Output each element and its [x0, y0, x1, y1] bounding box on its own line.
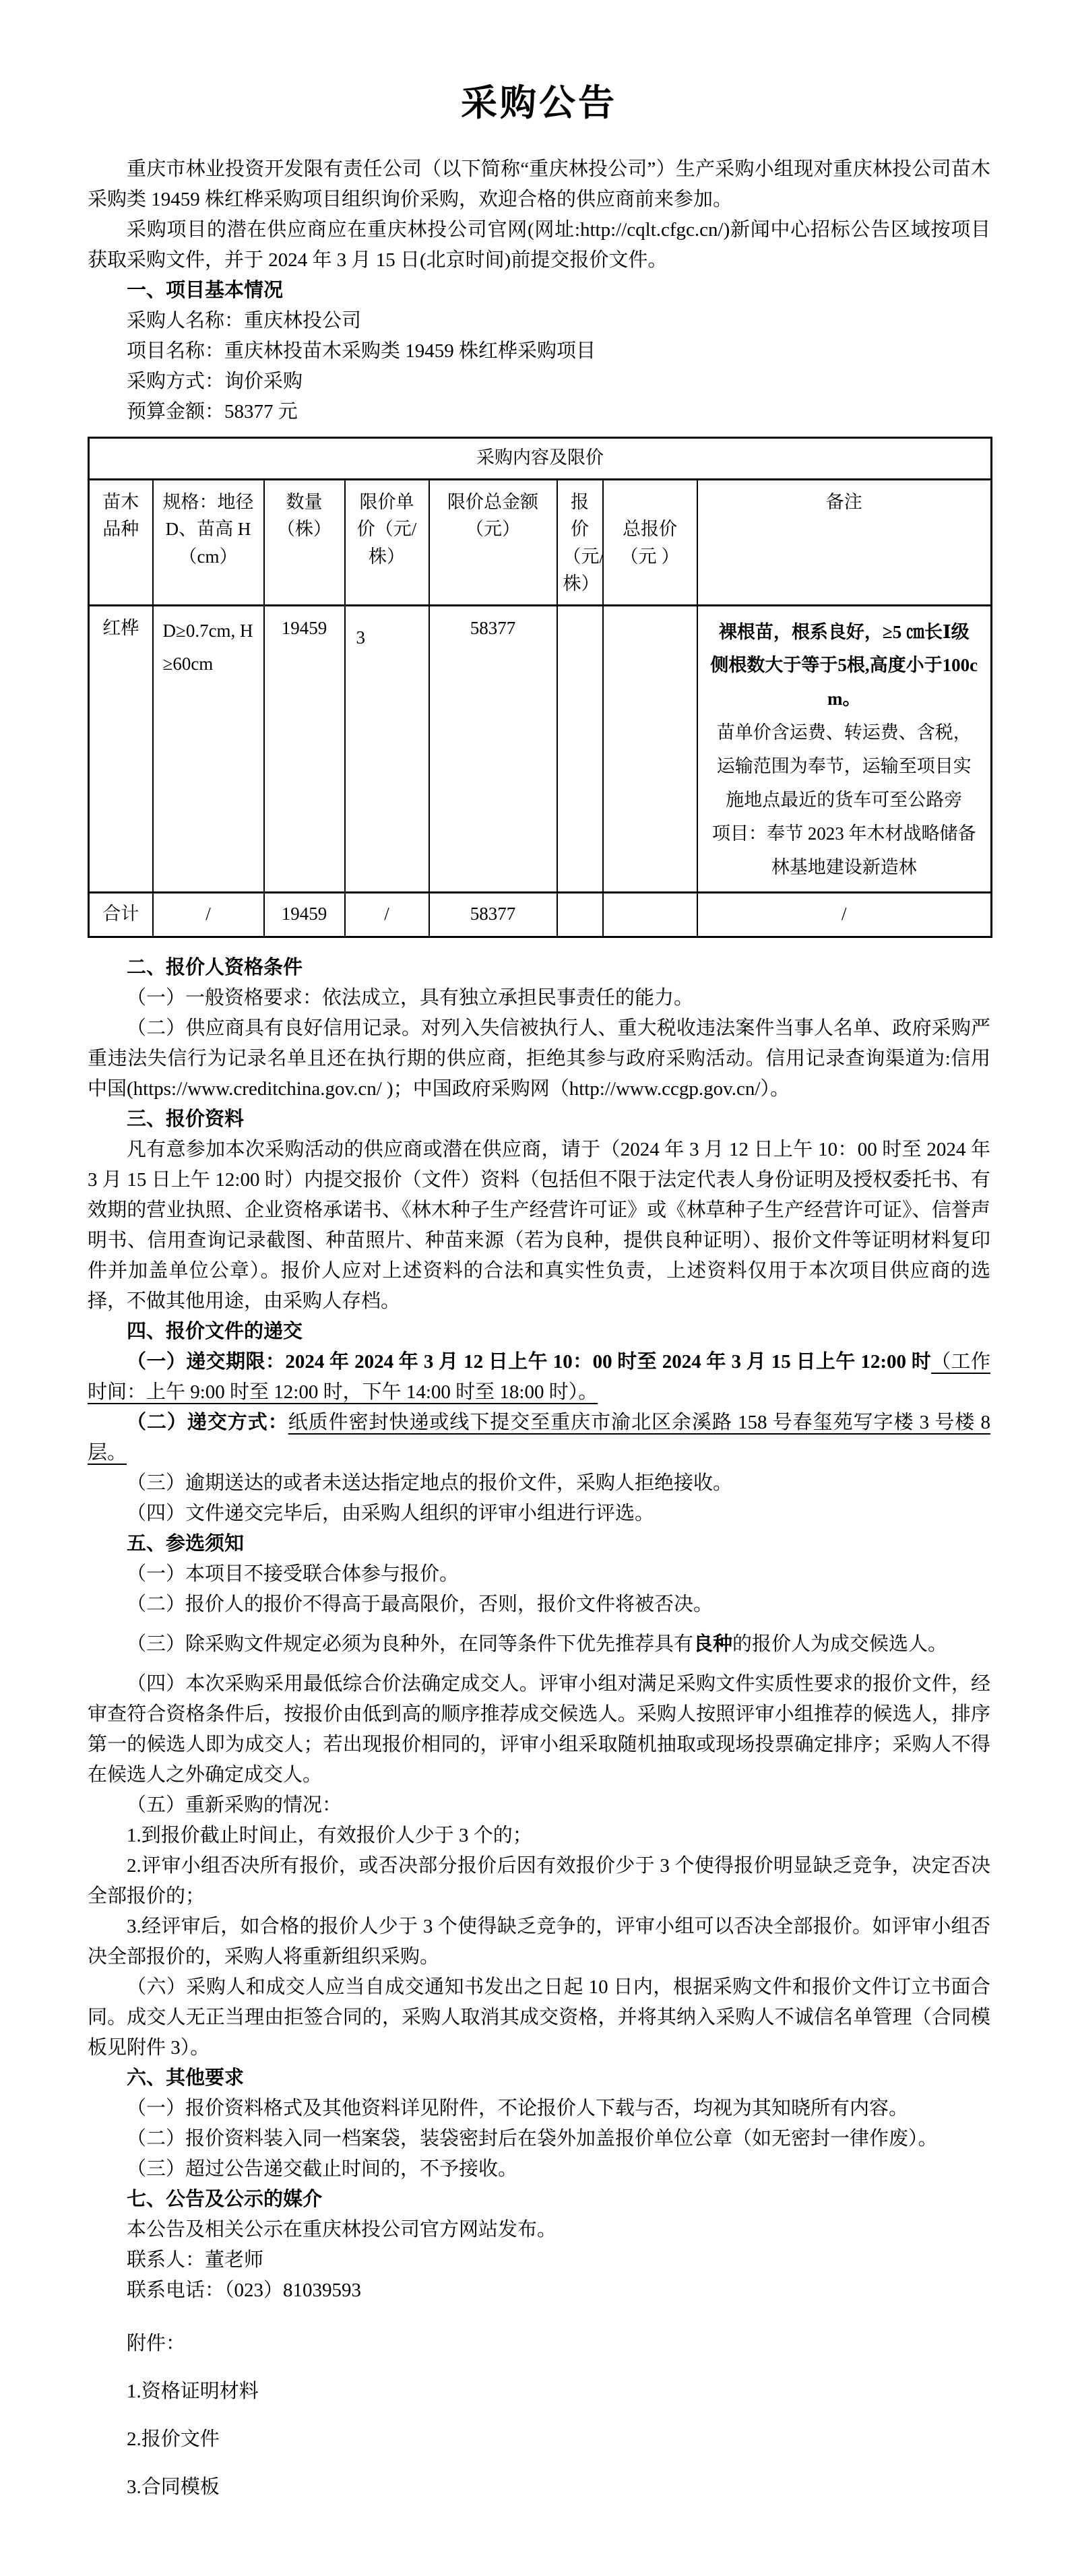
attachments-label: 附件：: [88, 2329, 990, 2359]
section2-heading: 二、报价人资格条件: [88, 953, 990, 983]
procurement-content-table: 采购内容及限价 苗木品种 规格：地径 D、苗高 H（cm） 数量（株） 限价单价…: [88, 437, 992, 938]
section-qualification: 二、报价人资格条件 （一）一般资格要求：依法成立，具有独立承担民事责任的能力。 …: [88, 953, 990, 1104]
procurement-method: 采购方式：询价采购: [88, 367, 990, 397]
total-remark-cell: /: [697, 893, 992, 937]
col-header-quantity: 数量（株）: [264, 479, 345, 605]
buyer-name: 采购人名称：重庆林投公司: [88, 306, 990, 336]
section-participation-notes: 五、参选须知 （一）本项目不接受联合体参与报价。 （二）报价人的报价不得高于最高…: [88, 1529, 990, 2063]
table-row-red-birch: 红桦 D≥0.7cm, H≥60cm 19459 3 58377 裸根苗，根系良…: [89, 605, 992, 893]
col-header-species: 苗木品种: [89, 479, 153, 605]
table-caption: 采购内容及限价: [89, 438, 992, 480]
remark-cell: 裸根苗，根系良好，≥5 ㎝长Ⅰ级侧根数大于等于5根,高度小于100cm。 苗单价…: [697, 605, 992, 893]
intro-paragraph-1: 重庆市林业投资开发限有责任公司（以下简称“重庆林投公司”）生产采购小组现对重庆林…: [88, 154, 990, 215]
reprocurement-case-1: 1.到报价截止时间止，有效报价人少于 3 个的；: [88, 1821, 990, 1851]
submission-review: （四）文件递交完毕后，由采购人组织的评审小组进行评选。: [88, 1499, 990, 1529]
submission-late-rejection: （三）逾期送达的或者未送达指定地点的报价文件，采购人拒绝接收。: [88, 1468, 990, 1499]
total-totalquote-empty-cell: [603, 893, 697, 937]
note-evaluation-method: （四）本次采购采用最低综合价法确定成交人。评审小组对满足采购文件实质性要求的报价…: [88, 1669, 990, 1790]
attachment-item-2: 2.报价文件: [88, 2424, 990, 2455]
spec-cell: D≥0.7cm, H≥60cm: [153, 605, 264, 893]
note-seed-preference: （三）除采购文件规定必须为良种外，在同等条件下优先推荐具有良种的报价人为成交候选…: [88, 1629, 990, 1660]
note-price-cap: （二）报价人的报价不得高于最高限价，否则，报价文件将被否决。: [88, 1590, 990, 1620]
unit-price-limit-cell: 3: [345, 605, 429, 893]
section-quote-materials: 三、报价资料 凡有意参加本次采购活动的供应商或潜在供应商，请于（2024 年 3…: [88, 1104, 990, 1317]
total-quote-empty-cell: [557, 893, 603, 937]
submission-deadline: （一）递交期限：2024 年 2024 年 3 月 12 日上午 10：00 时…: [88, 1347, 990, 1408]
reprocurement-case-2: 2.评审小组否决所有报价，或否决部分报价后因有效报价少于 3 个使得报价明显缺乏…: [88, 1851, 990, 1912]
qualification-general: （一）一般资格要求：依法成立，具有独立承担民事责任的能力。: [88, 983, 990, 1013]
section5-heading: 五、参选须知: [88, 1529, 990, 1559]
col-header-remark: 备注: [697, 479, 992, 605]
section3-heading: 三、报价资料: [88, 1104, 990, 1135]
attachment-item-3: 3.合同模板: [88, 2472, 990, 2503]
submission-method: （二）递交方式：纸质件密封快递或线下提交至重庆市渝北区余溪路 158 号春玺苑写…: [88, 1408, 990, 1468]
project-name: 项目名称：重庆林投苗木采购类 19459 株红桦采购项目: [88, 336, 990, 367]
quote-cell: [557, 605, 603, 893]
reprocurement-case-3: 3.经评审后，如合格的报价人少于 3 个使得缺乏竞争的，评审小组可以否决全部报价…: [88, 1912, 990, 1972]
submission-method-label: （二）递交方式：: [127, 1412, 288, 1433]
section6-heading: 六、其他要求: [88, 2063, 990, 2094]
page-title: 采购公告: [88, 74, 990, 126]
media-statement: 本公告及相关公示在重庆林投公司官方网站发布。: [88, 2215, 990, 2245]
section4-heading: 四、报价文件的递交: [88, 1317, 990, 1347]
total-spec-cell: /: [153, 893, 264, 937]
remark-spec-requirement: 裸根苗，根系良好，≥5 ㎝长Ⅰ级侧根数大于等于5根,高度小于100cm。: [710, 616, 979, 717]
contact-person: 联系人：董老师: [88, 2245, 990, 2275]
total-quote-cell: [603, 605, 697, 893]
section-submission: 四、报价文件的递交 （一）递交期限：2024 年 2024 年 3 月 12 日…: [88, 1317, 990, 1529]
remark-price-scope: 苗单价含运费、转运费、含税，运输范围为奉节，运输至项目实施地点最近的货车可至公路…: [710, 716, 979, 817]
contact-phone: 联系电话：（023）81039593: [88, 2275, 990, 2306]
good-seed-bold: 良种: [693, 1633, 732, 1655]
species-cell: 红桦: [89, 605, 153, 893]
note-contract-signing: （六）采购人和成交人应当自成交通知书发出之日起 10 日内，根据采购文件和报价文…: [88, 1972, 990, 2063]
total-price-limit-cell: 58377: [429, 605, 557, 893]
quote-materials-text: 凡有意参加本次采购活动的供应商或潜在供应商，请于（2024 年 3 月 12 日…: [88, 1135, 990, 1317]
quantity-cell: 19459: [264, 605, 345, 893]
table-header-row: 苗木品种 规格：地径 D、苗高 H（cm） 数量（株） 限价单价（元/株） 限价…: [89, 479, 992, 605]
col-header-unit-price-limit: 限价单价（元/株）: [345, 479, 429, 605]
section7-heading: 七、公告及公示的媒介: [88, 2185, 990, 2215]
table-total-row: 合计 / 19459 / 58377 /: [89, 893, 992, 937]
attachments-section: 附件： 1.资格证明材料 2.报价文件 3.合同模板: [88, 2329, 990, 2503]
col-header-quote: 报价（元/株）: [557, 479, 603, 605]
budget-amount: 预算金额：58377 元: [88, 397, 990, 427]
col-header-total-price-limit: 限价总金额（元）: [429, 479, 557, 605]
submission-deadline-dates: （一）递交期限：2024 年 2024 年 3 月 12 日上午 10：00 时…: [127, 1351, 931, 1373]
other-req-sealing: （二）报价资料装入同一档案袋，装袋密封后在袋外加盖报价单位公章（如无密封一律作废…: [88, 2124, 990, 2154]
other-req-format: （一）报价资料格式及其他资料详见附件，不论报价人下载与否，均视为其知晓所有内容。: [88, 2094, 990, 2124]
total-limit-cell: 58377: [429, 893, 557, 937]
total-quantity-cell: 19459: [264, 893, 345, 937]
document-page: 采购公告 重庆市林业投资开发限有责任公司（以下简称“重庆林投公司”）生产采购小组…: [0, 0, 1078, 2576]
section-media: 七、公告及公示的媒介 本公告及相关公示在重庆林投公司官方网站发布。 联系人：董老…: [88, 2185, 990, 2306]
attachment-item-1: 1.资格证明材料: [88, 2377, 990, 2407]
intro-paragraph-2: 采购项目的潜在供应商应在重庆林投公司官网(网址:http://cqlt.cfgc…: [88, 215, 990, 276]
section-basic-info: 一、项目基本情况 采购人名称：重庆林投公司 项目名称：重庆林投苗木采购类 194…: [88, 276, 990, 427]
section-other-requirements: 六、其他要求 （一）报价资料格式及其他资料详见附件，不论报价人下载与否，均视为其…: [88, 2063, 990, 2185]
total-label-cell: 合计: [89, 893, 153, 937]
remark-project: 项目：奉节 2023 年木材战略储备林基地建设新造林: [710, 817, 979, 885]
total-unit-limit-cell: /: [345, 893, 429, 937]
col-header-total-quote: 总报价（元 ）: [603, 479, 697, 605]
col-header-spec: 规格：地径 D、苗高 H（cm）: [153, 479, 264, 605]
table-caption-row: 采购内容及限价: [89, 438, 992, 480]
note-no-consortium: （一）本项目不接受联合体参与报价。: [88, 1559, 990, 1590]
section1-heading: 一、项目基本情况: [88, 276, 990, 306]
note-reprocurement: （五）重新采购的情况：: [88, 1790, 990, 1821]
other-req-deadline: （三）超过公告递交截止时间的，不予接收。: [88, 2154, 990, 2185]
qualification-credit: （二）供应商具有良好信用记录。对列入失信被执行人、重大税收违法案件当事人名单、政…: [88, 1013, 990, 1104]
